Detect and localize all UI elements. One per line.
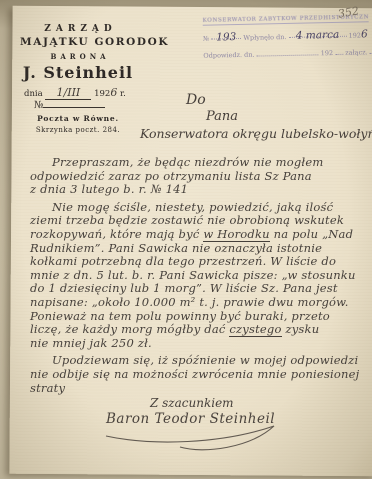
letter-line: do 1 dziesięciny lub 1 morg”. W liście S… — [30, 282, 352, 296]
year-printed: 192 — [94, 89, 110, 99]
number-rule — [43, 107, 105, 108]
handwritten-date: 1/III — [57, 86, 81, 99]
letter-line: Upodziewam się, iż spóźnienie w mojej od… — [30, 354, 352, 368]
stamp-reply-label: Odpowiedz. dn. — [203, 51, 254, 60]
letterhead-org-line3: BARONA — [20, 52, 136, 61]
letter-line: napisane: „około 10.000 m² t. j. prawie … — [30, 296, 352, 310]
date-prefix-label: dnia — [24, 89, 43, 99]
stamp-received-value: 4 marca — [296, 29, 340, 42]
letterhead-org-line2: MAJĄTKU GORODOK — [20, 36, 136, 48]
letter-line: rozkopywań, które mają być w Horodku na … — [30, 228, 352, 242]
date-line: dnia 1/III 1926 r. — [24, 86, 154, 100]
letterhead-block: ZARZĄD MAJĄTKU GORODOK BARONA J. Steinhe… — [20, 24, 136, 82]
stamp-received-row: № 193 Wpłynęło dn. 4 marca 1926 — [203, 28, 369, 43]
address-block: Do Pana Konserwatora okręgu lubelsko-woł… — [140, 92, 372, 141]
letter-line: nie mniej jak 250 zł. — [30, 337, 352, 351]
letter-line: Nie mogę ściśle, niestety, powiedzić, ja… — [30, 201, 352, 215]
address-line2: Pana — [206, 109, 372, 124]
letter-body: Przepraszam, że będąc niezdrów nie mogłe… — [30, 152, 352, 395]
year-suffix: r. — [120, 89, 126, 99]
stamp-no-label: № — [203, 35, 209, 43]
letter-line: Rudnikiem”. Pani Sawicka nie oznaczyła i… — [30, 242, 352, 256]
letter-line: mnie z dn. 5 lut. b. r. Pani Sawicka pis… — [30, 269, 352, 283]
letter-line: Przepraszam, że będąc niezdrów nie mogłe… — [30, 156, 352, 170]
postal-info: Poczta w Równe. Skrzynka poczt. 284. — [20, 114, 136, 134]
letter-line: liczę, że każdy morg mógłby dać czystego… — [30, 323, 352, 337]
postal-line1: Poczta w Równe. — [20, 114, 136, 123]
year-written: 6 — [110, 86, 117, 99]
number-label: № — [34, 100, 43, 111]
address-line1: Do — [186, 92, 372, 108]
letter-line: Ponieważ na tem polu powinny być buraki,… — [30, 310, 352, 324]
postal-line2: Skrzynka poczt. 284. — [20, 126, 136, 134]
letter-line: nie odbije się na możności zwrócenia mni… — [30, 368, 352, 382]
stamp-received-year: 192 — [349, 31, 362, 39]
date-rule: 1/III — [45, 86, 91, 100]
address-line3: Konserwatora okręgu lubelsko-wołyńsk. — [140, 126, 372, 141]
number-line: № — [34, 100, 105, 111]
stamp-reply-year: 192 — [321, 49, 334, 57]
letterhead-owner-name: J. Steinheil — [20, 63, 136, 82]
letter-line: straty — [30, 382, 352, 396]
letter-line: ziemi trzeba będzie zostawić nie obrobio… — [30, 214, 352, 228]
letter-line: kołkami potrzebną dla tego przestrzeń. W… — [30, 255, 352, 269]
stamp-no-value: 193 — [216, 31, 236, 43]
stamp-received-label: Wpłynęło dn. — [243, 33, 286, 42]
signature-flourish — [92, 406, 302, 454]
letterhead-org-line1: ZARZĄD — [20, 24, 136, 34]
received-stamp: KONSERWATOR ZABYTKÓW PRZEDHISTORYCZNYCH … — [203, 14, 370, 59]
letter-line: odpowiedzić zaraz po otrzymaniu lista Sz… — [30, 170, 352, 184]
stamp-attach-label: załącz. — [345, 48, 368, 56]
stamp-received-year-written: 6 — [361, 28, 368, 40]
letter-line: z dnia 3 lutego b. r. № 141 — [30, 183, 352, 197]
